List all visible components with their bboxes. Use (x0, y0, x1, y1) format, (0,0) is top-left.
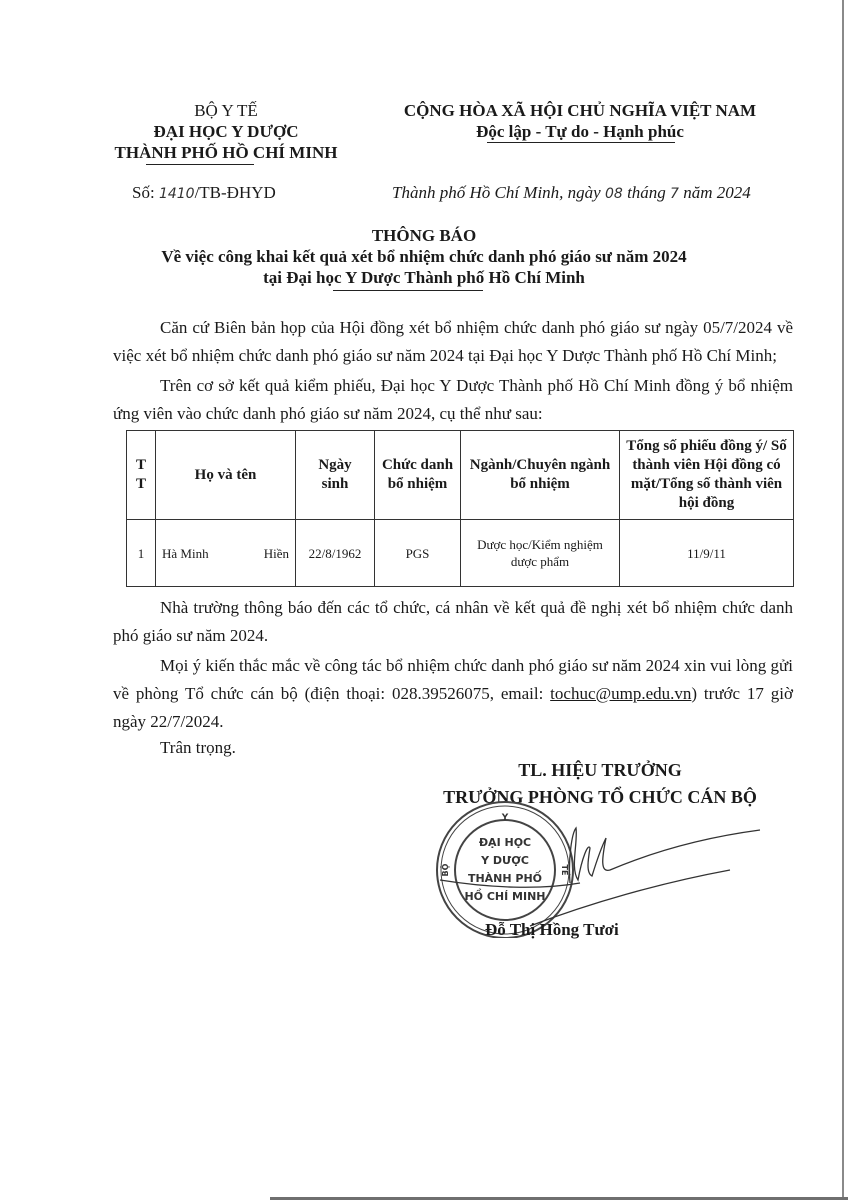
national-motto: Độc lập - Tự do - Hạnh phúc (380, 121, 780, 142)
cell-field: Dược học/Kiểm nghiệm dược phẩm (461, 520, 620, 587)
document-title: THÔNG BÁO Về việc công khai kết quả xét … (0, 225, 848, 288)
title-subtitle-2: tại Đại học Y Dược Thành phố Hồ Chí Minh (0, 267, 848, 288)
svg-text:Y DƯỢC: Y DƯỢC (480, 854, 529, 867)
reference-number: Số: 1410/TB-ĐHYD (132, 183, 276, 203)
svg-text:TẾ: TẾ (560, 865, 572, 876)
header-name: Họ và tên (156, 431, 296, 520)
date-month: 7 (670, 186, 679, 202)
cell-name-first: Hà Minh (162, 545, 209, 562)
page-edge-right (842, 0, 844, 1200)
paragraph-announcement: Nhà trường thông báo đến các tổ chức, cá… (113, 594, 793, 650)
svg-text:HỒ CHÍ MINH: HỒ CHÍ MINH (464, 888, 545, 903)
national-header: CỘNG HÒA XÃ HỘI CHỦ NGHĨA VIỆT NAM Độc l… (380, 100, 780, 142)
date-day: 08 (605, 186, 623, 202)
university-name-line1: ĐẠI HỌC Y DƯỢC (86, 121, 366, 142)
university-name-line2: THÀNH PHỐ HỒ CHÍ MINH (86, 142, 366, 163)
paragraph-decision: Trên cơ sở kết quả kiểm phiếu, Đại học Y… (113, 372, 793, 428)
paragraph-basis: Căn cứ Biên bản họp của Hội đồng xét bổ … (113, 314, 793, 370)
reference-suffix: /TB-ĐHYD (195, 183, 276, 202)
cell-votes: 11/9/11 (620, 520, 794, 587)
issuer-underline (146, 164, 254, 165)
official-stamp-icon: Y BỘ TẾ ĐẠI HỌC Y DƯỢC THÀNH PHỐ HỒ CHÍ … (430, 798, 770, 938)
paragraph-contact: Mọi ý kiến thắc mắc về công tác bổ nhiệm… (113, 652, 793, 736)
date-place: Thành phố Hồ Chí Minh, ngày (392, 183, 605, 202)
country-name: CỘNG HÒA XÃ HỘI CHỦ NGHĨA VIỆT NAM (380, 100, 780, 121)
reference-handwritten-number: 1410 (159, 186, 195, 202)
cell-dob: 22/8/1962 (296, 520, 375, 587)
reference-prefix: Số: (132, 183, 159, 202)
motto-underline (487, 142, 675, 143)
signature-line-1: TL. HIỆU TRƯỞNG (370, 757, 830, 784)
svg-text:Y: Y (501, 813, 509, 823)
issue-date: Thành phố Hồ Chí Minh, ngày 08 tháng 7 n… (392, 183, 751, 203)
date-year: năm 2024 (679, 183, 751, 202)
signer-name: Đỗ Thị Hồng Tươi (485, 920, 619, 940)
svg-text:ĐẠI HỌC: ĐẠI HỌC (479, 836, 531, 849)
table-row: 1 Hà Minh Hiền 22/8/1962 PGS Dược học/Ki… (127, 520, 794, 587)
cell-title: PGS (375, 520, 461, 587)
title-underline (333, 290, 483, 291)
header-votes: Tổng số phiếu đồng ý/ Số thành viên Hội … (620, 431, 794, 520)
cell-name: Hà Minh Hiền (156, 520, 296, 587)
header-field: Ngành/Chuyên ngành bổ nhiệm (461, 431, 620, 520)
date-month-label: tháng (623, 183, 670, 202)
title-subtitle-1: Về việc công khai kết quả xét bổ nhiệm c… (0, 246, 848, 267)
cell-tt: 1 (127, 520, 156, 587)
ministry-name: BỘ Y TẾ (86, 100, 366, 121)
svg-text:THÀNH PHỐ: THÀNH PHỐ (468, 870, 542, 885)
header-dob: Ngày sinh (296, 431, 375, 520)
title-main: THÔNG BÁO (0, 225, 848, 246)
issuer-block: BỘ Y TẾ ĐẠI HỌC Y DƯỢC THÀNH PHỐ HỒ CHÍ … (86, 100, 366, 163)
table-header-row: T T Họ và tên Ngày sinh Chức danh bổ nhi… (127, 431, 794, 520)
header-title: Chức danh bổ nhiệm (375, 431, 461, 520)
contact-email-link[interactable]: tochuc@ump.edu.vn (550, 684, 691, 703)
header-tt: T T (127, 431, 156, 520)
results-table: T T Họ và tên Ngày sinh Chức danh bổ nhi… (126, 430, 794, 587)
cell-name-last: Hiền (264, 545, 289, 562)
svg-text:BỘ: BỘ (440, 863, 450, 876)
